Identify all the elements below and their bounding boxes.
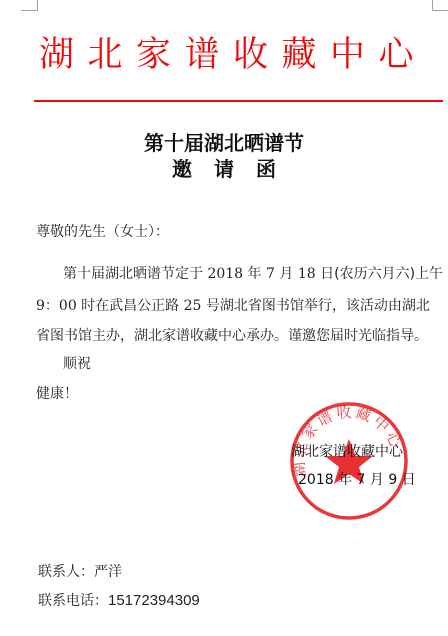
letterhead-org-name: 湖北家谱收藏中心	[39, 30, 439, 80]
paragraph-line-3: 省图书馆主办，湖北家谱收藏中心承办。谨邀您届时光临指导。	[36, 326, 428, 346]
salutation: 尊敬的先生（女士）：	[36, 222, 169, 242]
paragraph-line-2: 9：00 时在武昌公正路 25 号湖北省图书馆举行，该活动由湖北	[36, 296, 430, 316]
address-number: 25	[184, 298, 202, 314]
contact-phone-number: 15172394309	[108, 592, 200, 609]
paragraph-line-1: 第十届湖北晒谱节定于 2018 年 7 月 18 日(农历六月六)上午	[63, 264, 443, 284]
contact-person-name: 严洋	[94, 564, 122, 580]
text-segment: 时在武昌公正路	[77, 298, 184, 314]
text-segment: 月	[275, 266, 298, 282]
event-day: 18	[298, 266, 316, 282]
event-month: 7	[266, 266, 275, 282]
text-segment: 日(农历六月六)上午	[316, 266, 443, 282]
text-segment: 年	[243, 266, 266, 282]
contact-person-label: 联系人：	[38, 564, 94, 580]
document-subtitle: 邀请函	[0, 157, 448, 181]
closing-health: 健康！	[36, 384, 78, 404]
event-year: 2018	[207, 266, 243, 282]
contact-phone-label: 联系电话：	[38, 593, 108, 609]
text-segment: 第十届湖北晒谱节定于	[63, 266, 207, 282]
signature-date: 2018 年 7 月 9 日	[298, 470, 416, 490]
text-segment: 号湖北省图书馆举行，该活动由湖北	[201, 298, 429, 314]
document-title: 第十届湖北晒谱节	[0, 131, 448, 155]
contact-phone: 联系电话：15172394309	[38, 591, 200, 611]
letterhead-red-rule	[34, 100, 443, 102]
page-corner-mark-top-left	[21, 0, 38, 11]
page-corner-mark-top-right	[432, 0, 448, 11]
event-time: 9：00	[36, 298, 77, 314]
signature-org-name: 湖北家谱收藏中心	[291, 442, 403, 462]
contact-person: 联系人：严洋	[38, 562, 122, 582]
closing-wish: 顺祝	[63, 354, 91, 374]
